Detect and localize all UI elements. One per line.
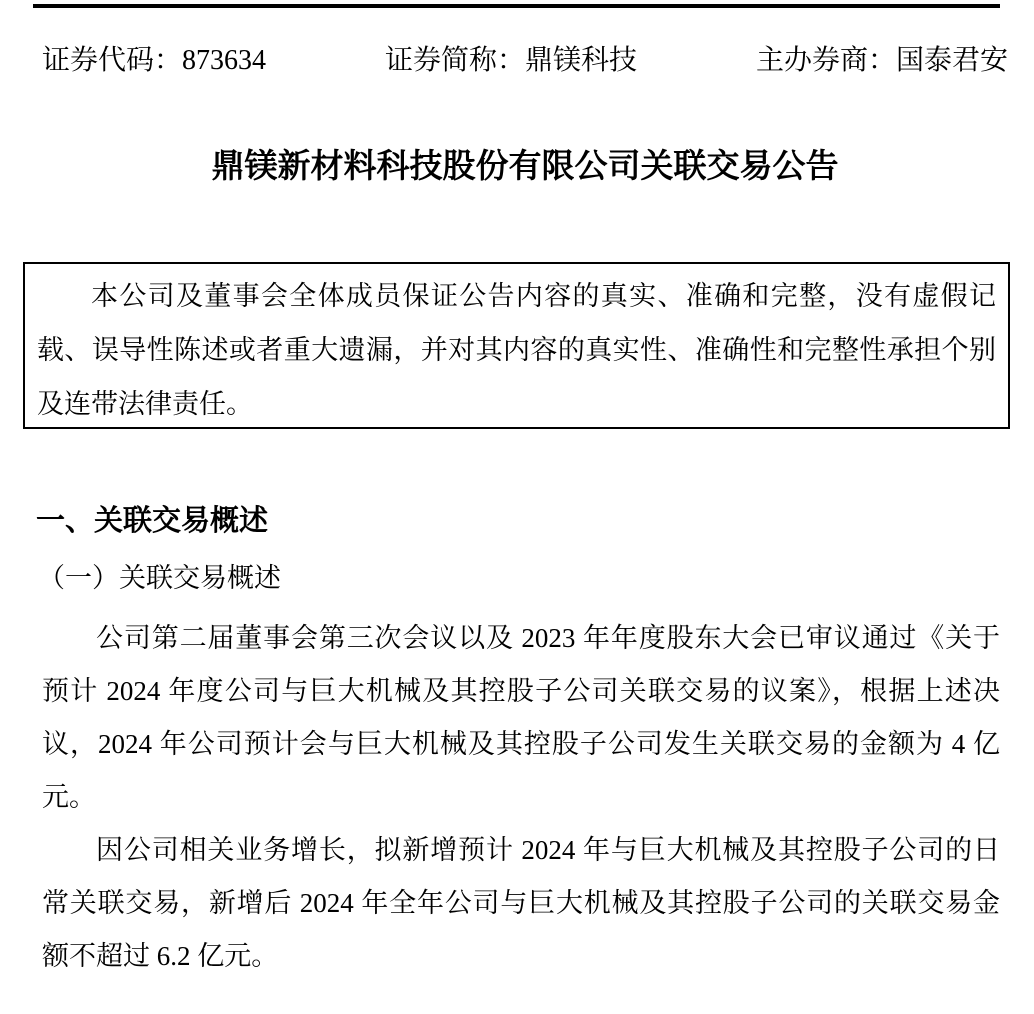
stock-code-text: 证券代码：873634	[42, 44, 266, 78]
stock-short-name-text: 证券简称：鼎镁科技	[385, 44, 637, 78]
body-text-block: 公司第二届董事会第三次会议以及 2023 年年度股东大会已审议通过《关于预计 2…	[42, 612, 1000, 983]
top-horizontal-rule	[33, 4, 1000, 8]
paragraph: 因公司相关业务增长，拟新增预计 2024 年与巨大机械及其控股子公司的日常关联交…	[42, 824, 1000, 983]
securities-header-row: 证券代码：873634 证券简称：鼎镁科技 主办券商：国泰君安	[42, 44, 1008, 78]
disclaimer-box: 本公司及董事会全体成员保证公告内容的真实、准确和完整，没有虚假记载、误导性陈述或…	[23, 262, 1010, 429]
announcement-page: 证券代码：873634 证券简称：鼎镁科技 主办券商：国泰君安 鼎镁新材料科技股…	[0, 0, 1034, 1014]
paragraph: 公司第二届董事会第三次会议以及 2023 年年度股东大会已审议通过《关于预计 2…	[42, 612, 1000, 824]
page-title: 鼎镁新材料科技股份有限公司关联交易公告	[42, 146, 1008, 188]
disclaimer-text: 本公司及董事会全体成员保证公告内容的真实、准确和完整，没有虚假记载、误导性陈述或…	[25, 264, 1008, 429]
sponsor-broker-text: 主办券商：国泰君安	[756, 44, 1008, 78]
section-subheading: （一）关联交易概述	[38, 558, 281, 598]
section-heading: 一、关联交易概述	[36, 500, 268, 542]
